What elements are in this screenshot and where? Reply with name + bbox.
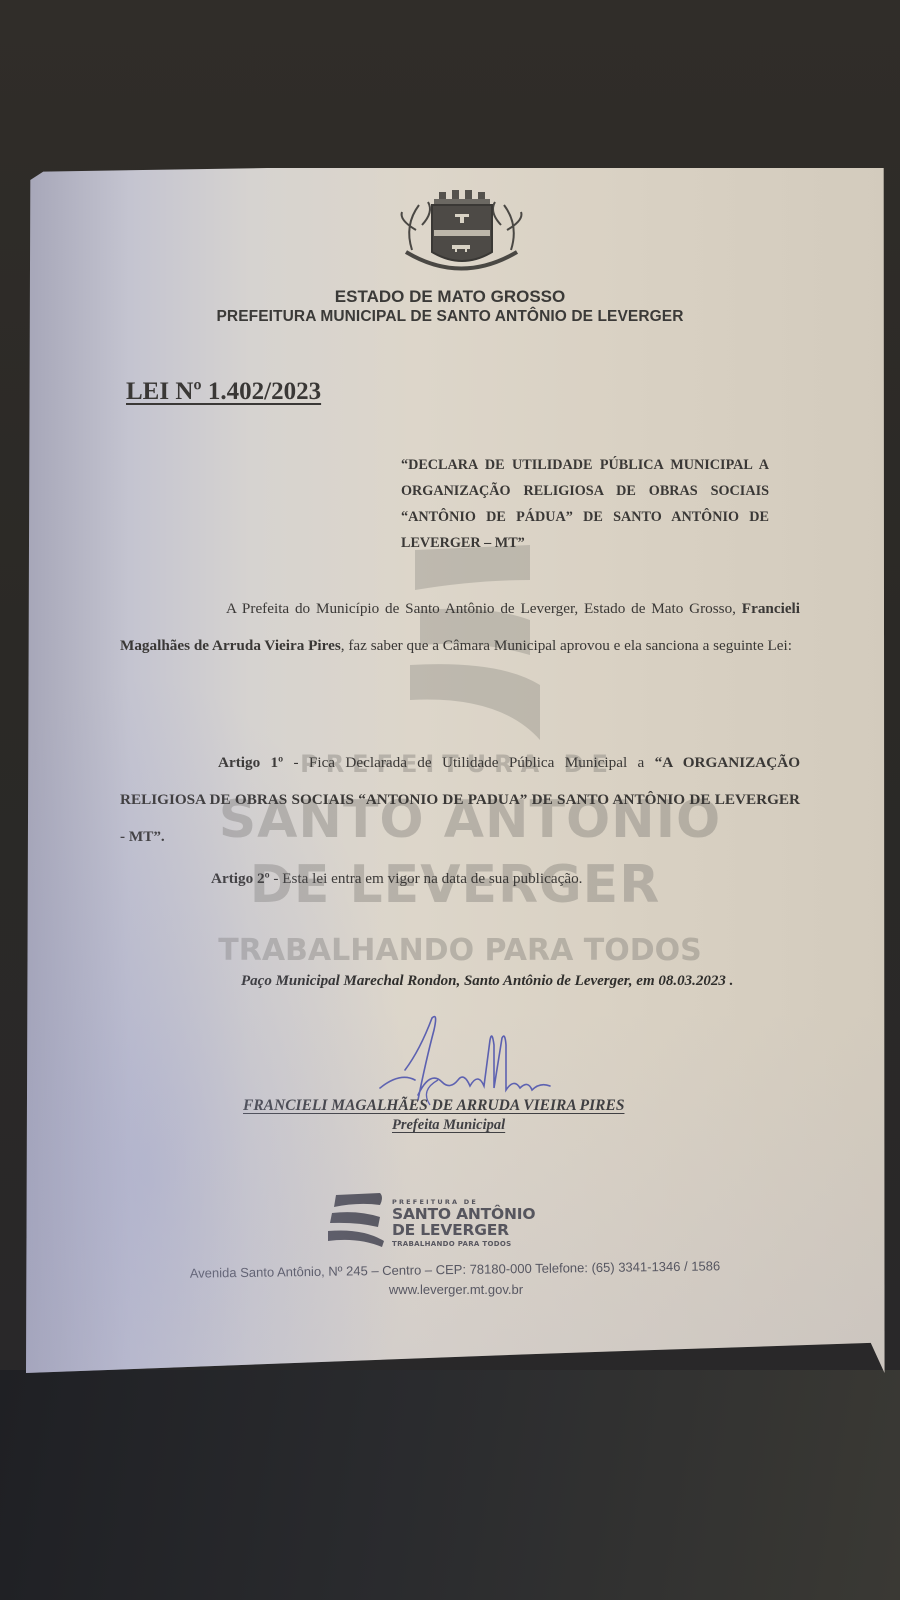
prefecture-title: PREFEITURA MUNICIPAL DE SANTO ANTÔNIO DE…	[0, 308, 900, 326]
law-ementa: “DECLARA DE UTILIDADE PÚBLICA MUNICIPAL …	[401, 452, 769, 556]
article-1-text: - Fica Declarada de Utilidade Pública Mu…	[283, 754, 655, 771]
article-1: Artigo 1º - Fica Declarada de Utilidade …	[120, 744, 800, 855]
place-and-date: Paço Municipal Marechal Rondon, Santo An…	[241, 973, 733, 990]
law-number: LEI Nº 1.402/2023	[126, 378, 321, 406]
state-title: ESTADO DE MATO GROSSO	[0, 287, 900, 307]
coat-of-arms-icon	[394, 190, 529, 280]
desk-foreground	[0, 1370, 900, 1600]
logo-city-line1: SANTO ANTÔNIO	[392, 1206, 535, 1222]
logo-city-line2: DE LEVERGER	[392, 1222, 535, 1238]
prefecture-logo: PREFEITURA DE SANTO ANTÔNIO DE LEVERGER …	[392, 1198, 535, 1248]
signature-icon	[360, 1010, 570, 1110]
footer-website: www.leverger.mt.gov.br	[0, 1282, 900, 1297]
signer-role: Prefeita Municipal	[392, 1117, 505, 1134]
intro-text: A Prefeita do Município de Santo Antônio…	[226, 600, 742, 617]
signer-name: FRANCIELI MAGALHÃES DE ARRUDA VIEIRA PIR…	[243, 1097, 624, 1115]
intro-paragraph: A Prefeita do Município de Santo Antônio…	[120, 590, 800, 664]
intro-text-end: , faz saber que a Câmara Municipal aprov…	[341, 637, 792, 654]
article-2-label: Artigo 2º	[211, 870, 270, 887]
article-2: Artigo 2º - Esta lei entra em vigor na d…	[211, 860, 811, 897]
article-2-text: - Esta lei entra em vigor na data de sua…	[270, 870, 583, 887]
article-1-label: Artigo 1º	[218, 754, 283, 771]
logo-tagline: TRABALHANDO PARA TODOS	[392, 1240, 535, 1248]
prefecture-logo-icon	[328, 1193, 386, 1247]
